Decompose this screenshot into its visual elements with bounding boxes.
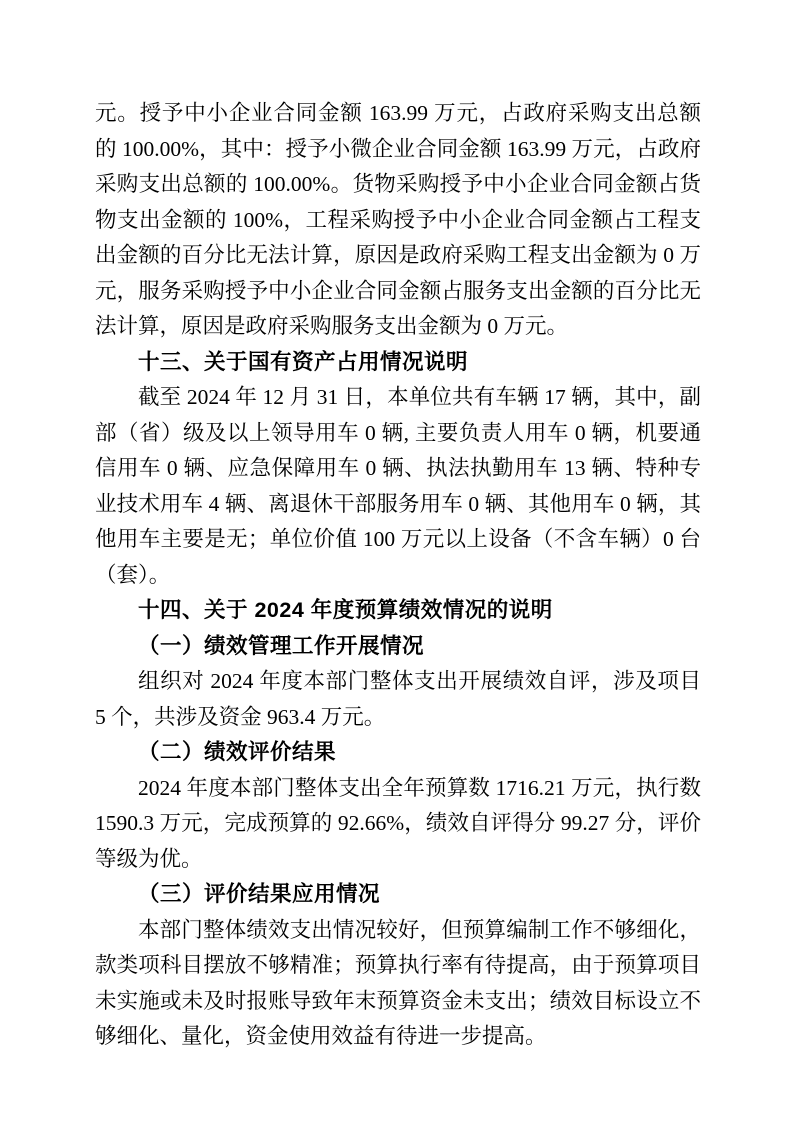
paragraph-state-assets-detail: 截至 2024 年 12 月 31 日，本单位共有车辆 17 辆，其中，副部（省… <box>95 380 701 593</box>
subsection-heading-3-results-application: （三）评价结果应用情况 <box>95 877 701 913</box>
paragraph-evaluation-results-detail: 2024 年度本部门整体支出全年预算数 1716.21 万元，执行数 1590.… <box>95 771 701 878</box>
paragraph-procurement-continuation: 元。授予中小企业合同金额 163.99 万元，占政府采购支出总额的 100.00… <box>95 96 701 345</box>
section-heading-13-state-assets: 十三、关于国有资产占用情况说明 <box>95 345 701 381</box>
paragraph-results-application-detail: 本部门整体绩效支出情况较好，但预算编制工作不够细化，款类项科目摆放不够精准；预算… <box>95 913 701 1055</box>
document-page: 元。授予中小企业合同金额 163.99 万元，占政府采购支出总额的 100.00… <box>0 0 793 1122</box>
subsection-heading-1-performance-management: （一）绩效管理工作开展情况 <box>95 629 701 665</box>
paragraph-performance-self-evaluation: 组织对 2024 年度本部门整体支出开展绩效自评，涉及项目 5 个，共涉及资金 … <box>95 664 701 735</box>
section-heading-14-budget-performance: 十四、关于 2024 年度预算绩效情况的说明 <box>95 593 701 629</box>
subsection-heading-2-evaluation-results: （二）绩效评价结果 <box>95 735 701 771</box>
